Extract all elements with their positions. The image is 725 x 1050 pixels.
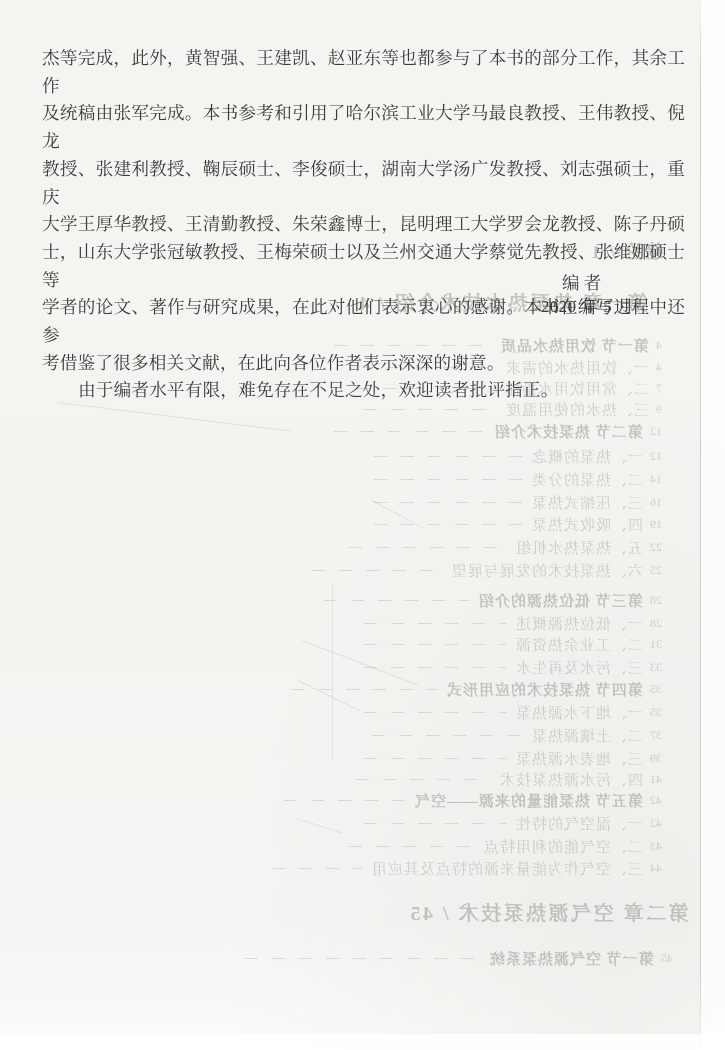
ghost-toc-entry-title: 三、空气作为能量来源的特点及其应用 bbox=[371, 858, 643, 879]
ghost-toc-page-number: 31 bbox=[650, 637, 662, 652]
paragraph-line: 杰等完成，此外，黄智强、王建凯、赵亚东等也都参与了本书的部分工作，其余工作 bbox=[42, 45, 685, 100]
ghost-toc-entry-title: 六、热泵技术的发展与展望 bbox=[451, 560, 643, 581]
ghost-toc-entry-title: 第二节 热泵技术介绍 bbox=[494, 421, 643, 442]
scan-scratch bbox=[372, 500, 424, 528]
ghost-toc-page-number: 39 bbox=[650, 751, 662, 766]
scan-scratch bbox=[297, 818, 343, 834]
ghost-toc-entry: 第三节 低位热源的介绍28 bbox=[322, 590, 662, 611]
ghost-toc-entry: 四、污水源热泵技术41 bbox=[354, 769, 662, 790]
ghost-toc-entry: 三、污水及再生水33 bbox=[362, 657, 662, 678]
ghost-toc-entry-title: 第五节 热泵能量的来源——空气 bbox=[414, 790, 643, 811]
toc-leader-dots bbox=[364, 409, 496, 410]
ghost-toc-page-number: 12 bbox=[650, 424, 662, 439]
ghost-toc-entry-title: 第一节 空气源热泵系统 bbox=[489, 948, 654, 969]
scanned-page: 绪论 / 1第一章 热泵热水技术介绍 / 4第二章 空气源热泵技术 / 45第一… bbox=[0, 0, 725, 1050]
ghost-toc-entry: 二、空气能的利用特点43 bbox=[347, 836, 662, 857]
toc-leader-dots bbox=[372, 735, 522, 736]
toc-leader-dots bbox=[312, 570, 442, 571]
publication-date: 2020 年 5 月 bbox=[541, 293, 634, 317]
toc-leader-dots bbox=[364, 667, 506, 668]
ghost-toc-page-number: 43 bbox=[650, 839, 662, 854]
ghost-toc-entry-title: 二、空气能的利用特点 bbox=[483, 836, 643, 857]
ghost-toc-page-number: 42 bbox=[650, 816, 662, 831]
toc-leader-dots bbox=[349, 846, 474, 847]
ghost-toc-entry: 第二节 热泵技术介绍12 bbox=[332, 421, 662, 442]
toc-leader-dots bbox=[364, 644, 506, 645]
ghost-toc-entry: 三、压缩式热泵16 bbox=[372, 492, 662, 513]
ghost-toc-entry-title: 第四节 热泵技术的应用形式 bbox=[446, 679, 643, 700]
page-edge-line bbox=[700, 0, 701, 1050]
ghost-toc-entry: 三、地表水源热泵39 bbox=[362, 748, 662, 769]
toc-leader-dots bbox=[245, 958, 480, 959]
ghost-toc-entry: 二、土壤源热泵37 bbox=[370, 725, 662, 746]
toc-leader-dots bbox=[272, 868, 362, 869]
paragraph-line: 及统稿由张军完成。本书参考和引用了哈尔滨工业大学马最良教授、王伟教授、倪龙 bbox=[42, 100, 685, 155]
scan-scratch bbox=[298, 680, 361, 712]
scan-crease bbox=[332, 582, 333, 762]
paragraph-line: 由于编者水平有限，难免存在不足之处，欢迎读者批评指正。 bbox=[42, 377, 685, 405]
toc-leader-dots bbox=[284, 800, 405, 801]
ghost-toc-entry-title: 四、污水源热泵技术 bbox=[499, 769, 643, 790]
toc-leader-dots bbox=[356, 779, 490, 780]
paragraph-line: 教授、张建利教授、鞠辰硕士、李俊硕士，湖南大学汤广发教授、刘志强硕士，重庆 bbox=[42, 156, 685, 211]
ghost-toc-entry: 一、湿空气的特性42 bbox=[362, 813, 662, 834]
scan-scratch bbox=[302, 640, 419, 686]
ghost-toc-entry: 第一节 空气源热泵系统45 bbox=[243, 948, 673, 969]
paragraph-line: 考借鉴了很多相关文献，在此向各位作者表示深深的谢意。 bbox=[42, 350, 685, 378]
ghost-toc-page-number: 22 bbox=[650, 540, 662, 555]
ghost-toc-entry-title: 二、土壤源热泵 bbox=[531, 725, 643, 746]
ghost-toc-page-number: 19 bbox=[650, 517, 662, 532]
ghost-toc-entry-title: 三、污水及再生水 bbox=[515, 657, 643, 678]
ghost-toc-page-number: 37 bbox=[650, 728, 662, 743]
ghost-toc-page-number: 45 bbox=[661, 951, 673, 966]
ghost-toc-page-number: 16 bbox=[650, 495, 662, 510]
preface-paragraph: 杰等完成，此外，黄智强、王建凯、赵亚东等也都参与了本书的部分工作，其余工作及统稿… bbox=[42, 45, 685, 405]
toc-leader-dots bbox=[374, 524, 522, 525]
ghost-toc-entry-title: 三、地表水源热泵 bbox=[515, 748, 643, 769]
ghost-toc-page-number: 35 bbox=[650, 682, 662, 697]
ghost-toc-heading: 第二章 空气源热泵技术 / 45 bbox=[408, 897, 689, 926]
ghost-toc-entry-title: 二、工业余热资源 bbox=[515, 634, 643, 655]
ghost-toc-entry-title: 一、地下水源热泵 bbox=[515, 702, 643, 723]
toc-leader-dots bbox=[364, 823, 506, 824]
ghost-toc-page-number: 33 bbox=[650, 660, 662, 675]
ghost-toc-entry: 五、热泵热水机组22 bbox=[347, 537, 662, 558]
toc-leader-dots bbox=[349, 547, 506, 548]
toc-leader-dots bbox=[364, 623, 506, 624]
ghost-toc-entry: 二、热泵的分类14 bbox=[372, 469, 662, 490]
ghost-toc-entry: 一、低位热源概述28 bbox=[362, 613, 662, 634]
paragraph-line: 大学王厚华教授、王清勤教授、朱荣鑫博士，昆明理工大学罗会龙教授、陈子丹硕 bbox=[42, 211, 685, 239]
ghost-toc-page-number: 14 bbox=[650, 472, 662, 487]
ghost-toc-page-number: 41 bbox=[650, 772, 662, 787]
ghost-toc-page-number: 35 bbox=[650, 705, 662, 720]
ghost-toc-entry-title: 一、低位热源概述 bbox=[515, 613, 643, 634]
ghost-toc-entry: 一、热泵的概念12 bbox=[372, 446, 662, 467]
ghost-toc-entry-title: 三、压缩式热泵 bbox=[531, 492, 643, 513]
ghost-toc-page-number: 12 bbox=[650, 449, 662, 464]
scan-scratch bbox=[58, 402, 291, 432]
author-signature: 编者 bbox=[562, 270, 605, 295]
ghost-toc-entry: 六、热泵技术的发展与展望25 bbox=[310, 560, 662, 581]
ghost-toc-page-number: 25 bbox=[650, 563, 662, 578]
toc-leader-dots bbox=[324, 600, 469, 601]
toc-leader-dots bbox=[374, 479, 522, 480]
toc-leader-dots bbox=[364, 758, 506, 759]
ghost-toc-entry-title: 二、热泵的分类 bbox=[531, 469, 643, 490]
ghost-toc-page-number: 28 bbox=[650, 593, 662, 608]
ghost-toc-entry: 一、地下水源热泵35 bbox=[362, 702, 662, 723]
toc-leader-dots bbox=[364, 712, 506, 713]
ghost-toc-entry-title: 一、热泵的概念 bbox=[531, 446, 643, 467]
ghost-toc-entry-title: 第三节 低位热源的介绍 bbox=[478, 590, 643, 611]
ghost-toc-page-number: 28 bbox=[650, 616, 662, 631]
page-bottom-margin bbox=[0, 1034, 725, 1050]
ghost-toc-entry: 第四节 热泵技术的应用形式35 bbox=[290, 679, 662, 700]
ghost-toc-entry: 第五节 热泵能量的来源——空气42 bbox=[282, 790, 662, 811]
ghost-toc-entry: 二、工业余热资源31 bbox=[362, 634, 662, 655]
ghost-toc-entry-title: 四、吸收式热泵 bbox=[531, 514, 643, 535]
ghost-toc-entry-title: 一、湿空气的特性 bbox=[515, 813, 643, 834]
toc-leader-dots bbox=[374, 502, 522, 503]
page-right-margin bbox=[701, 0, 725, 1050]
toc-leader-dots bbox=[334, 431, 485, 432]
ghost-toc-entry: 三、空气作为能量来源的特点及其应用44 bbox=[270, 858, 662, 879]
ghost-toc-page-number: 44 bbox=[650, 861, 662, 876]
ghost-toc-entry-title: 五、热泵热水机组 bbox=[515, 537, 643, 558]
ghost-toc-page-number: 42 bbox=[650, 793, 662, 808]
toc-leader-dots bbox=[374, 456, 522, 457]
